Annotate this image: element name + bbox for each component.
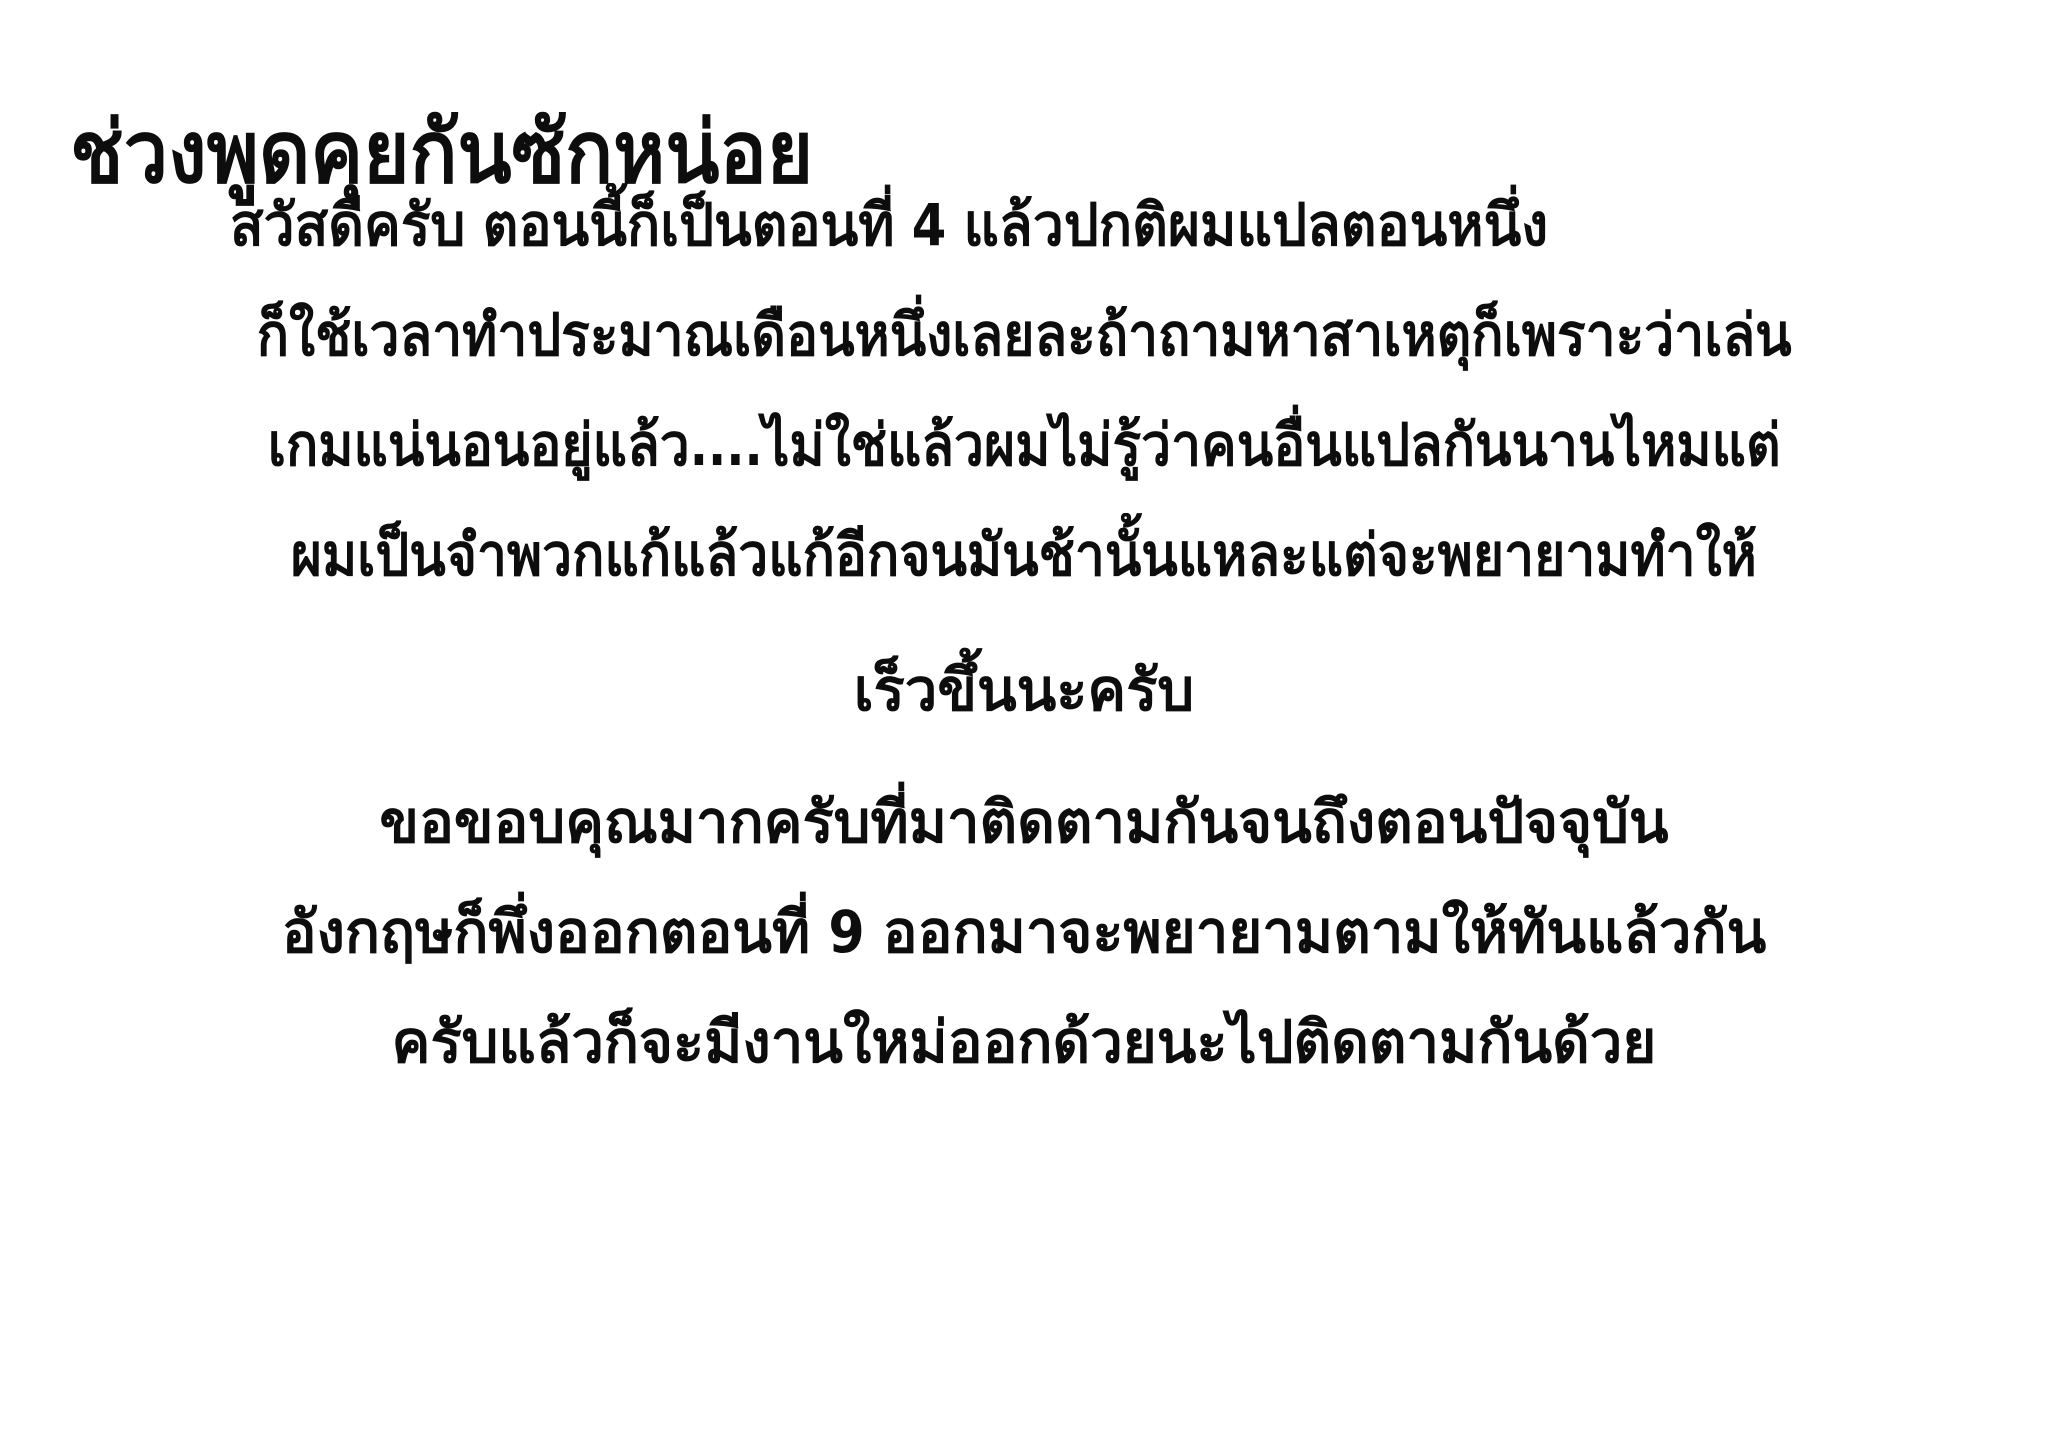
text-line: ขอขอบคุณมากครับที่มาติดตามกันจนถึงตอนปัจ…	[0, 772, 2048, 872]
text-line: เร็วขึ้นนะครับ	[0, 640, 2048, 740]
text-line-content: ก็ใช้เวลาทำประมาณเดือนหนึ่งเลยละถ้าถามหา…	[257, 285, 1792, 385]
text-line-content: ขอขอบคุณมากครับที่มาติดตามกันจนถึงตอนปัจ…	[379, 772, 1668, 872]
text-line-content: ผมเป็นจำพวกแก้แล้วแก้อีกจนมันช้านั้นแหละ…	[291, 505, 1757, 605]
text-line: ก็ใช้เวลาทำประมาณเดือนหนึ่งเลยละถ้าถามหา…	[0, 285, 2048, 385]
text-line: ผมเป็นจำพวกแก้แล้วแก้อีกจนมันช้านั้นแหละ…	[0, 505, 2048, 605]
text-line-content: สวัสดีครับ ตอนนี้ก็เป็นตอนที่ 4 แล้วปกติ…	[230, 175, 1548, 275]
text-line: เกมแน่นอนอยู่แล้ว....ไม่ใช่แล้วผมไม่รู้ว…	[0, 395, 2048, 495]
text-line-content: เกมแน่นอนอยู่แล้ว....ไม่ใช่แล้วผมไม่รู้ว…	[268, 395, 1781, 495]
text-line: สวัสดีครับ ตอนนี้ก็เป็นตอนที่ 4 แล้วปกติ…	[230, 175, 1618, 275]
text-line: อังกฤษก็พึ่งออกตอนที่ 9 ออกมาจะพยายามตาม…	[0, 882, 2048, 982]
text-line-content: เร็วขึ้นนะครับ	[854, 640, 1194, 740]
text-line-content: ครับแล้วก็จะมีงานใหม่ออกด้วยนะไปติดตามกั…	[392, 992, 1657, 1092]
text-line-content: อังกฤษก็พึ่งออกตอนที่ 9 ออกมาจะพยายามตาม…	[282, 882, 1767, 982]
text-line: ครับแล้วก็จะมีงานใหม่ออกด้วยนะไปติดตามกั…	[0, 992, 2048, 1092]
translator-note-page: ช่วงพูดคุยกันซักหน่อย สวัสดีครับ ตอนนี้ก…	[0, 0, 2048, 1448]
